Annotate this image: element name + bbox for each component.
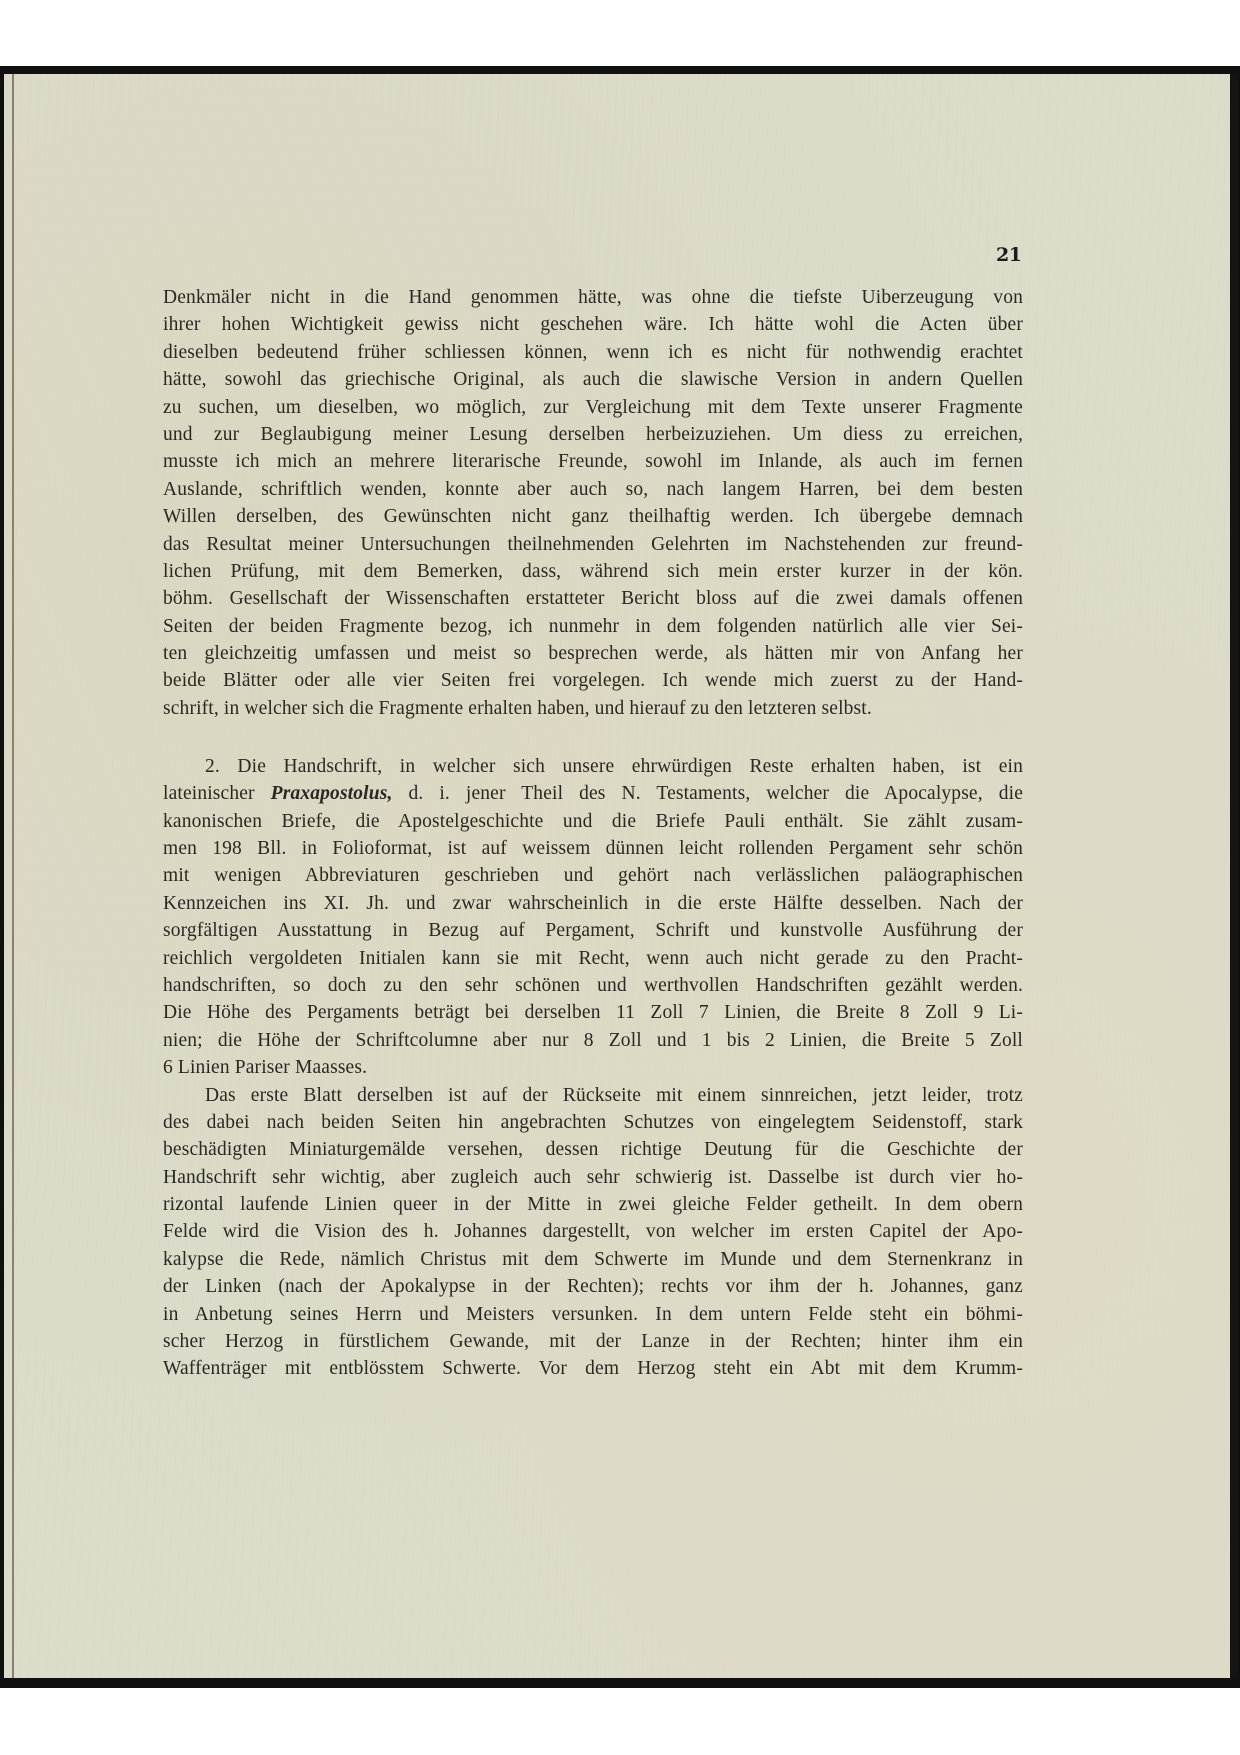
book-page: 21 Denkmäler nicht in die Hand genommen …	[4, 74, 1234, 1678]
text-line: und zur Beglaubigung meiner Lesung derse…	[163, 421, 1023, 448]
text-line: nien; die Höhe der Schriftcolumne aber n…	[163, 1027, 1023, 1054]
text-line: hätte, sowohl das griechische Original, …	[163, 366, 1023, 393]
text-line: men 198 Bll. in Folioformat, ist auf wei…	[163, 835, 1023, 862]
text-line: Die Höhe des Pergaments beträgt bei ders…	[163, 999, 1023, 1026]
binding-gutter-line	[12, 74, 14, 1678]
text-line: ihrer hohen Wichtigkeit gewiss nicht ges…	[163, 311, 1023, 338]
paragraph-1: Denkmäler nicht in die Hand genommen hät…	[163, 284, 1023, 722]
text-line: Denkmäler nicht in die Hand genommen hät…	[163, 284, 1023, 311]
text-line: des dabei nach beiden Seiten hin angebra…	[163, 1109, 1023, 1136]
text-line: ten gleichzeitig umfassen und meist so b…	[163, 640, 1023, 667]
text-line: der Linken (nach der Apokalypse in der R…	[163, 1273, 1023, 1300]
text-segment: d. i. jener Theil des N. Testaments, wel…	[408, 783, 1023, 804]
page-right-edge	[1230, 74, 1238, 1678]
paragraph-3: Das erste Blatt derselben ist auf der Rü…	[163, 1082, 1023, 1383]
scanned-page-frame: 21 Denkmäler nicht in die Hand genommen …	[0, 66, 1240, 1688]
text-line: Das erste Blatt derselben ist auf der Rü…	[163, 1082, 1023, 1109]
text-line: reichlich vergoldeten Initialen kann sie…	[163, 945, 1023, 972]
text-line: beschädigten Miniaturgemälde versehen, d…	[163, 1136, 1023, 1163]
body-text: Denkmäler nicht in die Hand genommen hät…	[163, 284, 1023, 1383]
page-number: 21	[996, 244, 1021, 266]
italic-term: Praxapostolus,	[271, 783, 393, 804]
text-line: handschriften, so doch zu den sehr schön…	[163, 972, 1023, 999]
text-line: zu suchen, um dieselben, wo möglich, zur…	[163, 394, 1023, 421]
text-line-with-italic: lateinischer Praxapostolus, d. i. jener …	[163, 780, 1023, 807]
text-line: kalypse die Rede, nämlich Christus mit d…	[163, 1246, 1023, 1273]
text-line: Willen derselben, des Gewünschten nicht …	[163, 503, 1023, 530]
text-line: böhm. Gesellschaft der Wissenschaften er…	[163, 585, 1023, 612]
text-line: Auslande, schriftlich wenden, konnte abe…	[163, 476, 1023, 503]
text-line: beide Blätter oder alle vier Seiten frei…	[163, 667, 1023, 694]
text-segment: lateinischer	[163, 783, 255, 804]
text-line: mit wenigen Abbreviaturen geschrieben un…	[163, 862, 1023, 889]
text-line: 6 Linien Pariser Maasses.	[163, 1054, 1023, 1081]
text-line: Waffenträger mit entblösstem Schwerte. V…	[163, 1355, 1023, 1382]
text-line: lichen Prüfung, mit dem Bemerken, dass, …	[163, 558, 1023, 585]
text-line: Felde wird die Vision des h. Johannes da…	[163, 1218, 1023, 1245]
paragraph-spacer	[163, 722, 1023, 753]
paragraph-2: 2. Die Handschrift, in welcher sich unse…	[163, 753, 1023, 1082]
text-line: scher Herzog in fürstlichem Gewande, mit…	[163, 1328, 1023, 1355]
text-line: sorgfältigen Ausstattung in Bezug auf Pe…	[163, 917, 1023, 944]
text-line: Handschrift sehr wichtig, aber zugleich …	[163, 1164, 1023, 1191]
text-line: musste ich mich an mehrere literarische …	[163, 448, 1023, 475]
text-line: Seiten der beiden Fragmente bezog, ich n…	[163, 613, 1023, 640]
text-line: schrift, in welcher sich die Fragmente e…	[163, 695, 1023, 722]
text-line: rizontal laufende Linien queer in der Mi…	[163, 1191, 1023, 1218]
text-line: das Resultat meiner Untersuchungen theil…	[163, 531, 1023, 558]
text-line: in Anbetung seines Herrn und Meisters ve…	[163, 1301, 1023, 1328]
text-line: 2. Die Handschrift, in welcher sich unse…	[163, 753, 1023, 780]
text-line: Kennzeichen ins XI. Jh. und zwar wahrsch…	[163, 890, 1023, 917]
text-line: kanonischen Briefe, die Apostelgeschicht…	[163, 808, 1023, 835]
text-line: dieselben bedeutend früher schliessen kö…	[163, 339, 1023, 366]
